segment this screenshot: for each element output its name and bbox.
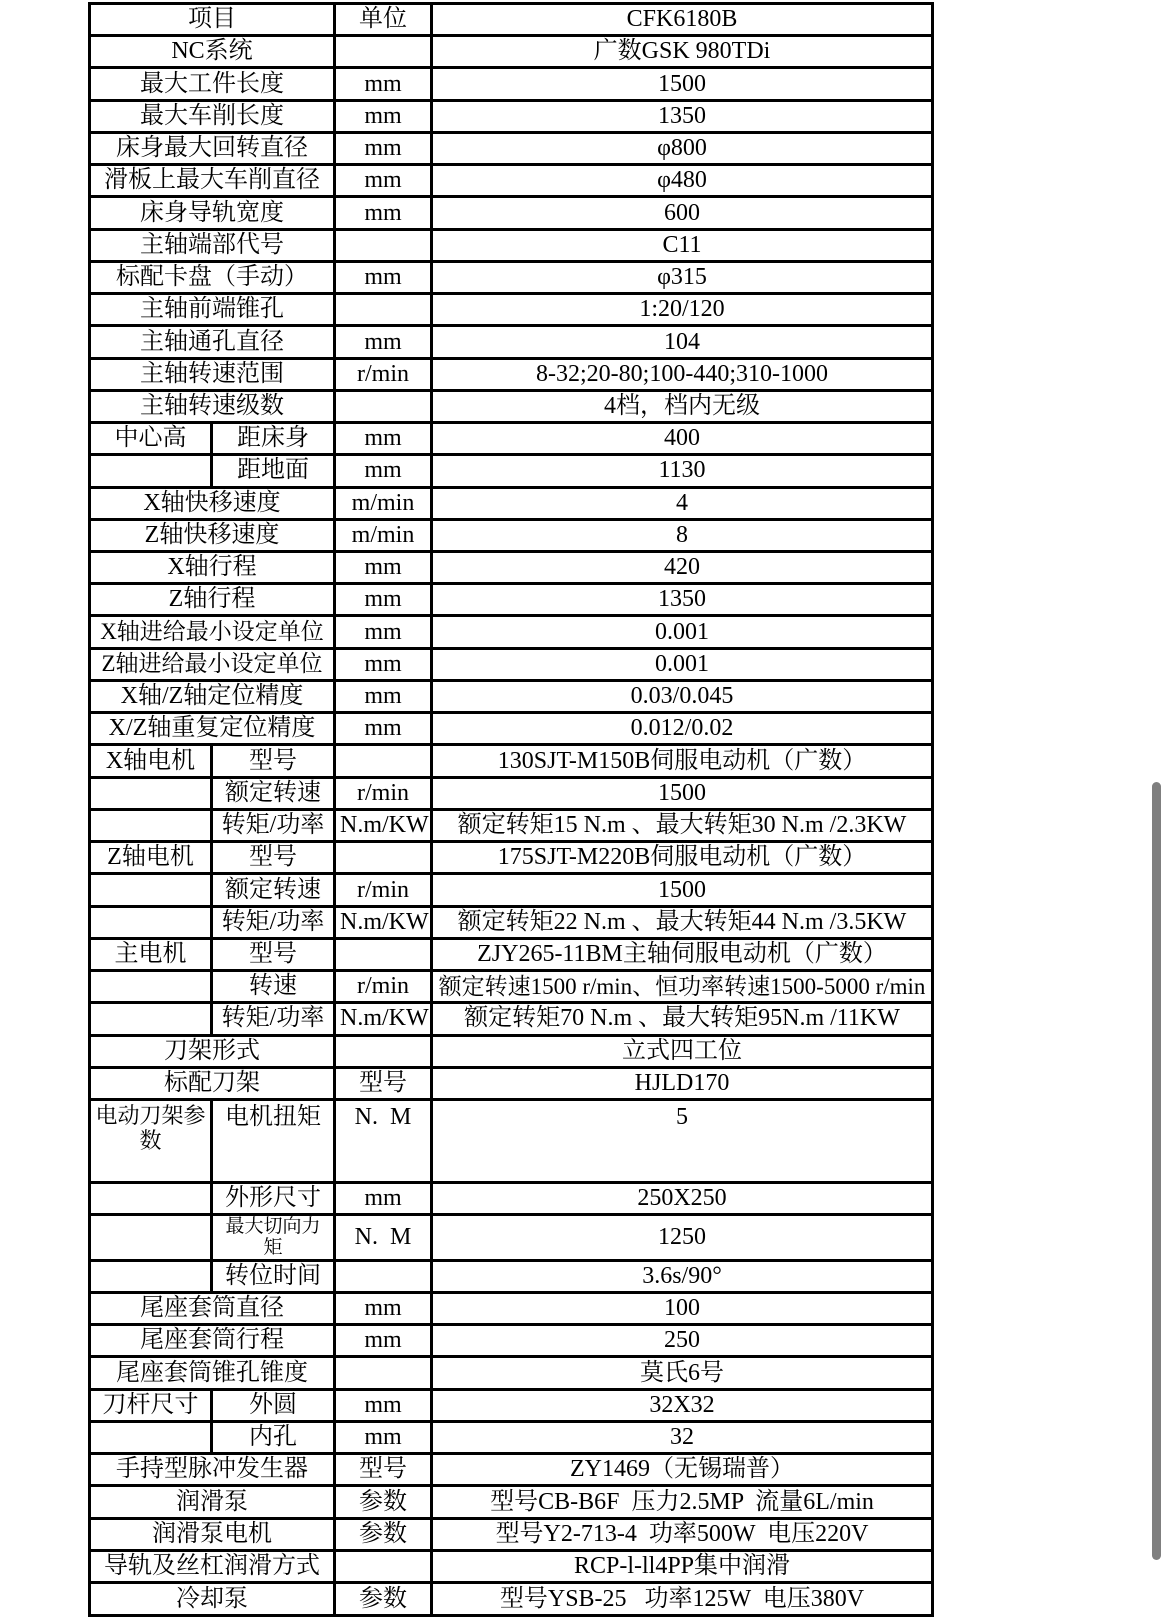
value-cell: 32: [432, 1421, 933, 1453]
item-cell: 刀杆尺寸: [90, 1389, 212, 1421]
value-cell: 8: [432, 519, 933, 551]
item-cell: 滑板上最大车削直径: [90, 165, 335, 197]
unit-cell: mm: [335, 1325, 432, 1357]
sub-item-cell: 最大切向力矩: [212, 1214, 335, 1260]
vertical-scrollbar-thumb[interactable]: [1152, 782, 1161, 1560]
item-cell: 尾座套筒行程: [90, 1325, 335, 1357]
value-cell: 1350: [432, 100, 933, 132]
item-cell: 冷却泵: [90, 1583, 335, 1616]
value-cell: HJLD170: [432, 1067, 933, 1099]
value-cell: 型号CB-B6F 压力2.5MP 流量6L/min: [432, 1486, 933, 1518]
unit-cell: mm: [335, 551, 432, 583]
unit-cell: [335, 1357, 432, 1389]
value-cell: ZJY265-11BM主轴伺服电动机（广数）: [432, 938, 933, 970]
unit-cell: [335, 1035, 432, 1067]
sub-item-cell: 转位时间: [212, 1260, 335, 1292]
value-cell: 0.012/0.02: [432, 713, 933, 745]
item-cell: 主轴转速级数: [90, 390, 335, 422]
table-row: 转矩/功率N.m/KW额定转矩15 N.m 、最大转矩30 N.m /2.3KW: [90, 809, 933, 841]
page: 项目单位CFK6180BNC系统广数GSK 980TDi最大工件长度mm1500…: [0, 0, 1170, 1624]
unit-cell: 参数: [335, 1486, 432, 1518]
item-cell: 手持型脉冲发生器: [90, 1454, 335, 1486]
value-cell: 1500: [432, 874, 933, 906]
item-cell: X轴行程: [90, 551, 335, 583]
unit-cell: mm: [335, 648, 432, 680]
unit-cell: 单位: [335, 4, 432, 36]
table-row: 距地面mm1130: [90, 455, 933, 487]
table-row: 润滑泵参数型号CB-B6F 压力2.5MP 流量6L/min: [90, 1486, 933, 1518]
table-row: 转速r/min额定转速1500 r/min、恒功率转速1500-5000 r/m…: [90, 971, 933, 1003]
item-cell: [90, 906, 212, 938]
table-row: 内孔mm32: [90, 1421, 933, 1453]
value-cell: φ480: [432, 165, 933, 197]
sub-item-cell: 转矩/功率: [212, 1003, 335, 1035]
item-cell: X轴快移速度: [90, 487, 335, 519]
table-row: 尾座套筒直径mm100: [90, 1292, 933, 1324]
table-row: 标配刀架型号HJLD170: [90, 1067, 933, 1099]
table-row: 刀架形式立式四工位: [90, 1035, 933, 1067]
value-cell: 250: [432, 1325, 933, 1357]
unit-cell: mm: [335, 584, 432, 616]
unit-cell: N. M: [335, 1214, 432, 1260]
unit-cell: [335, 745, 432, 777]
value-cell: 额定转速1500 r/min、恒功率转速1500-5000 r/min: [432, 971, 933, 1003]
value-cell: 4: [432, 487, 933, 519]
sub-item-cell: 转矩/功率: [212, 906, 335, 938]
sub-item-cell: 型号: [212, 745, 335, 777]
unit-cell: mm: [335, 326, 432, 358]
sub-item-cell: 转速: [212, 971, 335, 1003]
table-row: 转矩/功率N.m/KW额定转矩70 N.m 、最大转矩95N.m /11KW: [90, 1003, 933, 1035]
table-row: 主轴转速级数4档，档内无级: [90, 390, 933, 422]
sub-item-cell: 距床身: [212, 423, 335, 455]
value-cell: 1350: [432, 584, 933, 616]
unit-cell: mm: [335, 68, 432, 100]
item-cell: [90, 455, 212, 487]
unit-cell: r/min: [335, 874, 432, 906]
unit-cell: mm: [335, 100, 432, 132]
sub-item-cell: 额定转速: [212, 777, 335, 809]
table-row: 主轴通孔直径mm104: [90, 326, 933, 358]
table-row: Z轴电机型号175SJT-M220B伺服电动机（广数）: [90, 842, 933, 874]
unit-cell: m/min: [335, 519, 432, 551]
table-row: 外形尺寸mm250X250: [90, 1182, 933, 1214]
unit-cell: mm: [335, 713, 432, 745]
unit-cell: mm: [335, 197, 432, 229]
unit-cell: mm: [335, 1421, 432, 1453]
value-cell: 4档，档内无级: [432, 390, 933, 422]
item-cell: X轴电机: [90, 745, 212, 777]
item-cell: 刀架形式: [90, 1035, 335, 1067]
table-row: 导轨及丝杠润滑方式RCP-l-ll4PP集中润滑: [90, 1550, 933, 1582]
item-cell: [90, 1260, 212, 1292]
table-row: 主轴前端锥孔1:20/120: [90, 294, 933, 326]
table-row: 转矩/功率N.m/KW额定转矩22 N.m 、最大转矩44 N.m /3.5KW: [90, 906, 933, 938]
value-cell: 3.6s/90°: [432, 1260, 933, 1292]
table-row: 床身最大回转直径mmφ800: [90, 132, 933, 164]
table-row: 转位时间3.6s/90°: [90, 1260, 933, 1292]
table-row: 手持型脉冲发生器型号ZY1469（无锡瑞普）: [90, 1454, 933, 1486]
value-cell: 8-32;20-80;100-440;310-1000: [432, 358, 933, 390]
table-row: X轴进给最小设定单位mm0.001: [90, 616, 933, 648]
table-row: 主轴端部代号C11: [90, 229, 933, 261]
item-cell: Z轴进给最小设定单位: [90, 648, 335, 680]
table-row: X/Z轴重复定位精度mm0.012/0.02: [90, 713, 933, 745]
item-cell: 主轴通孔直径: [90, 326, 335, 358]
item-cell: 导轨及丝杠润滑方式: [90, 1550, 335, 1582]
item-cell: 主电机: [90, 938, 212, 970]
value-cell: 130SJT-M150B伺服电动机（广数）: [432, 745, 933, 777]
value-cell: 额定转矩70 N.m 、最大转矩95N.m /11KW: [432, 1003, 933, 1035]
table-row: 中心高距床身mm400: [90, 423, 933, 455]
table-row: 标配卡盘（手动）mmφ315: [90, 261, 933, 293]
table-row: 项目单位CFK6180B: [90, 4, 933, 36]
table-row: 最大工件长度mm1500: [90, 68, 933, 100]
table-row: Z轴行程mm1350: [90, 584, 933, 616]
value-cell: 1500: [432, 777, 933, 809]
item-cell: 最大车削长度: [90, 100, 335, 132]
value-cell: 5: [432, 1099, 933, 1182]
value-cell: 175SJT-M220B伺服电动机（广数）: [432, 842, 933, 874]
item-cell: [90, 971, 212, 1003]
unit-cell: [335, 229, 432, 261]
item-cell: 电动刀架参数: [90, 1099, 212, 1182]
unit-cell: mm: [335, 455, 432, 487]
value-cell: 1250: [432, 1214, 933, 1260]
item-cell: [90, 1214, 212, 1260]
item-cell: 床身导轨宽度: [90, 197, 335, 229]
unit-cell: mm: [335, 616, 432, 648]
unit-cell: mm: [335, 423, 432, 455]
table-row: 滑板上最大车削直径mmφ480: [90, 165, 933, 197]
sub-item-cell: 外圆: [212, 1389, 335, 1421]
table-row: 最大车削长度mm1350: [90, 100, 933, 132]
unit-cell: r/min: [335, 971, 432, 1003]
item-cell: 床身最大回转直径: [90, 132, 335, 164]
unit-cell: [335, 390, 432, 422]
table-row: 额定转速r/min1500: [90, 777, 933, 809]
unit-cell: r/min: [335, 358, 432, 390]
value-cell: 250X250: [432, 1182, 933, 1214]
table-row: Z轴进给最小设定单位mm0.001: [90, 648, 933, 680]
item-cell: NC系统: [90, 36, 335, 68]
table-row: NC系统广数GSK 980TDi: [90, 36, 933, 68]
item-cell: [90, 809, 212, 841]
table-row: Z轴快移速度m/min8: [90, 519, 933, 551]
value-cell: 额定转矩22 N.m 、最大转矩44 N.m /3.5KW: [432, 906, 933, 938]
table-row: 床身导轨宽度mm600: [90, 197, 933, 229]
unit-cell: [335, 294, 432, 326]
value-cell: φ800: [432, 132, 933, 164]
item-cell: 主轴前端锥孔: [90, 294, 335, 326]
unit-cell: [335, 938, 432, 970]
item-cell: 中心高: [90, 423, 212, 455]
unit-cell: N.m/KW: [335, 1003, 432, 1035]
value-cell: 广数GSK 980TDi: [432, 36, 933, 68]
unit-cell: mm: [335, 261, 432, 293]
spec-table: 项目单位CFK6180BNC系统广数GSK 980TDi最大工件长度mm1500…: [88, 2, 934, 1617]
item-cell: X/Z轴重复定位精度: [90, 713, 335, 745]
table-row: X轴/Z轴定位精度mm0.03/0.045: [90, 680, 933, 712]
value-cell: 额定转矩15 N.m 、最大转矩30 N.m /2.3KW: [432, 809, 933, 841]
item-cell: [90, 874, 212, 906]
item-cell: [90, 1003, 212, 1035]
item-cell: Z轴快移速度: [90, 519, 335, 551]
table-row: 润滑泵电机参数型号Y2-713-4 功率500W 电压220V: [90, 1518, 933, 1550]
item-cell: 润滑泵: [90, 1486, 335, 1518]
unit-cell: mm: [335, 1389, 432, 1421]
value-cell: 0.001: [432, 648, 933, 680]
unit-cell: 参数: [335, 1583, 432, 1616]
item-cell: Z轴行程: [90, 584, 335, 616]
sub-item-cell: 转矩/功率: [212, 809, 335, 841]
item-cell: X轴/Z轴定位精度: [90, 680, 335, 712]
value-cell: 1500: [432, 68, 933, 100]
value-cell: 400: [432, 423, 933, 455]
table-row: 主轴转速范围r/min8-32;20-80;100-440;310-1000: [90, 358, 933, 390]
unit-cell: [335, 1550, 432, 1582]
table-row: 刀杆尺寸外圆mm32X32: [90, 1389, 933, 1421]
item-cell: 主轴转速范围: [90, 358, 335, 390]
unit-cell: mm: [335, 1182, 432, 1214]
spec-table-body: 项目单位CFK6180BNC系统广数GSK 980TDi最大工件长度mm1500…: [90, 4, 933, 1616]
table-row: 电动刀架参数电机扭矩N. M5: [90, 1099, 933, 1182]
table-row: 尾座套筒行程mm250: [90, 1325, 933, 1357]
sub-item-cell: 距地面: [212, 455, 335, 487]
table-row: 冷却泵参数型号YSB-25 功率125W 电压380V: [90, 1583, 933, 1616]
value-cell: 莫氏6号: [432, 1357, 933, 1389]
unit-cell: 型号: [335, 1067, 432, 1099]
unit-cell: [335, 36, 432, 68]
item-cell: 润滑泵电机: [90, 1518, 335, 1550]
item-cell: Z轴电机: [90, 842, 212, 874]
sub-item-cell: 型号: [212, 842, 335, 874]
table-row: X轴电机型号130SJT-M150B伺服电动机（广数）: [90, 745, 933, 777]
value-cell: 0.001: [432, 616, 933, 648]
unit-cell: mm: [335, 680, 432, 712]
table-row: 最大切向力矩N. M1250: [90, 1214, 933, 1260]
value-cell: φ315: [432, 261, 933, 293]
table-row: X轴快移速度m/min4: [90, 487, 933, 519]
value-cell: C11: [432, 229, 933, 261]
value-cell: 104: [432, 326, 933, 358]
item-cell: 尾座套筒直径: [90, 1292, 335, 1324]
unit-cell: r/min: [335, 777, 432, 809]
value-cell: 型号YSB-25 功率125W 电压380V: [432, 1583, 933, 1616]
item-cell: 主轴端部代号: [90, 229, 335, 261]
item-cell: 标配刀架: [90, 1067, 335, 1099]
item-cell: 尾座套筒锥孔锥度: [90, 1357, 335, 1389]
value-cell: 420: [432, 551, 933, 583]
value-cell: 32X32: [432, 1389, 933, 1421]
item-cell: 最大工件长度: [90, 68, 335, 100]
value-cell: 600: [432, 197, 933, 229]
sub-item-cell: 电机扭矩: [212, 1099, 335, 1182]
unit-cell: mm: [335, 165, 432, 197]
table-row: X轴行程mm420: [90, 551, 933, 583]
value-cell: ZY1469（无锡瑞普）: [432, 1454, 933, 1486]
value-cell: CFK6180B: [432, 4, 933, 36]
unit-cell: 参数: [335, 1518, 432, 1550]
value-cell: 0.03/0.045: [432, 680, 933, 712]
unit-cell: mm: [335, 132, 432, 164]
sub-item-cell: 外形尺寸: [212, 1182, 335, 1214]
unit-cell: m/min: [335, 487, 432, 519]
item-cell: 项目: [90, 4, 335, 36]
value-cell: 1130: [432, 455, 933, 487]
value-cell: RCP-l-ll4PP集中润滑: [432, 1550, 933, 1582]
value-cell: 型号Y2-713-4 功率500W 电压220V: [432, 1518, 933, 1550]
unit-cell: N.m/KW: [335, 906, 432, 938]
sub-item-cell: 额定转速: [212, 874, 335, 906]
unit-cell: [335, 1260, 432, 1292]
unit-cell: N. M: [335, 1099, 432, 1182]
item-cell: [90, 1421, 212, 1453]
unit-cell: mm: [335, 1292, 432, 1324]
value-cell: 立式四工位: [432, 1035, 933, 1067]
value-cell: 1:20/120: [432, 294, 933, 326]
table-row: 额定转速r/min1500: [90, 874, 933, 906]
sub-item-cell: 型号: [212, 938, 335, 970]
table-row: 尾座套筒锥孔锥度莫氏6号: [90, 1357, 933, 1389]
item-cell: X轴进给最小设定单位: [90, 616, 335, 648]
item-cell: [90, 777, 212, 809]
table-row: 主电机型号ZJY265-11BM主轴伺服电动机（广数）: [90, 938, 933, 970]
unit-cell: [335, 842, 432, 874]
item-cell: [90, 1182, 212, 1214]
unit-cell: 型号: [335, 1454, 432, 1486]
unit-cell: N.m/KW: [335, 809, 432, 841]
item-cell: 标配卡盘（手动）: [90, 261, 335, 293]
sub-item-cell: 内孔: [212, 1421, 335, 1453]
value-cell: 100: [432, 1292, 933, 1324]
